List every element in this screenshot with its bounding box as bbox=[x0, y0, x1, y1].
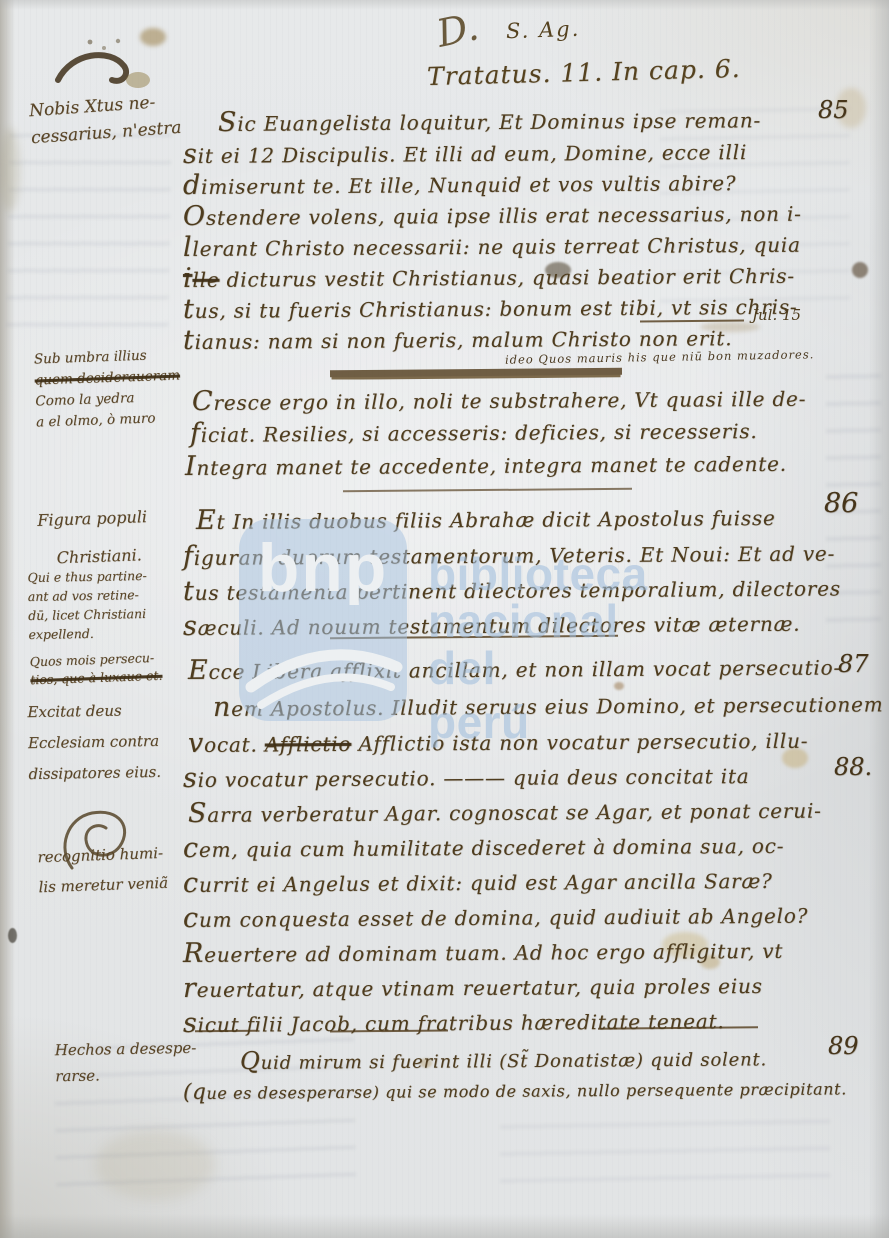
line-text: Sic Euangelista loquitur, Et Dominus ips… bbox=[218, 108, 761, 136]
margin-note-line: rarse. bbox=[55, 1061, 197, 1089]
margin-note: Quos mois persecu- tios, que à luxaue et… bbox=[29, 649, 162, 690]
stain bbox=[95, 1130, 215, 1200]
bleedthrough-ghost bbox=[500, 1110, 830, 1200]
line-text: currit ei Angelus et dixit: quid est Aga… bbox=[183, 869, 773, 897]
line-text: nem Apostolus. Illudit seruus eius Domin… bbox=[213, 692, 884, 721]
margin-note-line: expellend. bbox=[28, 623, 148, 644]
line-text: Sarra verberatur Agar. cognoscat se Agar… bbox=[188, 799, 822, 827]
page-edge-top bbox=[0, 0, 889, 10]
manuscript-line: cum conquesta esset de domina, quid audi… bbox=[183, 899, 808, 934]
margin-note: Qui e thus partine- ant ad vos retine- d… bbox=[27, 566, 148, 644]
manuscript-line: Integra manet te accedente, integra mane… bbox=[185, 447, 787, 482]
line-text: sit ei 12 Discipulis. Et illi ad eum, Do… bbox=[183, 140, 747, 168]
page-edge-bottom bbox=[0, 1214, 889, 1238]
margin-note-line: lis meretur veniã bbox=[38, 868, 169, 903]
margin-note-line: Qui e thus partine- bbox=[27, 566, 147, 587]
line-text: dimiserunt te. Et ille, Nunquid et vos v… bbox=[183, 171, 737, 199]
margin-note-line: ant ad vos retine- bbox=[28, 585, 148, 606]
bleedthrough-ghost bbox=[6, 119, 172, 347]
line-text: Ecce Libera afflixit ancillam, et non il… bbox=[188, 655, 841, 684]
manuscript-line: Sic Euangelista loquitur, Et Dominus ips… bbox=[218, 103, 761, 138]
page-title: Tratatus. 11. In cap. 6. bbox=[427, 54, 741, 91]
manuscript-line: (que es desesperarse) qui se modo de sax… bbox=[183, 1075, 847, 1105]
manuscript-line: Cresce ergo in illo, noli te substrahere… bbox=[192, 382, 806, 417]
line-text: ficiat. Resilies, si accesseris: deficie… bbox=[190, 419, 758, 447]
manuscript-line: nem Apostolus. Illudit seruus eius Domin… bbox=[213, 687, 884, 723]
citation-reference: Jul. 15 bbox=[752, 306, 801, 324]
struck-word: Afflictio bbox=[265, 732, 352, 757]
line-text: sio vocatur persecutio. ——— quia deus co… bbox=[183, 764, 750, 792]
line-text: Afflictio ista non vocatur persecutio, i… bbox=[351, 729, 808, 756]
line-text: Cresce ergo in illo, noli te substrahere… bbox=[192, 387, 806, 415]
manuscript-line: Ostendere volens, quia ipse illis erat n… bbox=[183, 197, 802, 232]
manuscript-line: cem, quia cum humilitate discederet à do… bbox=[183, 829, 784, 864]
manuscript-line: sicut filii Jacob, cum fratribus hæredit… bbox=[183, 1004, 725, 1039]
manuscript-line: llerant Christo necessarii: ne quis terr… bbox=[183, 228, 801, 263]
manuscript-line: Ecce Libera afflixit ancillam, et non il… bbox=[188, 650, 841, 686]
margin-note-line: Excitat deus bbox=[27, 695, 160, 728]
section-number: 86 bbox=[824, 488, 858, 519]
section-number: 89 bbox=[828, 1032, 859, 1060]
margin-note-line: dū, licet Christiani bbox=[28, 604, 148, 625]
manuscript-line: vocat. Afflictio Afflictio ista non voca… bbox=[188, 724, 808, 759]
line-text: sæculi. Ad nouum testamentum dilectores … bbox=[183, 612, 801, 640]
line-text: tus testamenta pertinent dilectores temp… bbox=[183, 576, 841, 605]
manuscript-line: tus, si tu fueris Christianus: bonum est… bbox=[183, 290, 798, 325]
section-number: 85 bbox=[818, 96, 849, 124]
line-text: figuram duorum testamentorum, Veteris. E… bbox=[183, 541, 835, 570]
manuscript-line: figuram duorum testamentorum, Veteris. E… bbox=[183, 536, 835, 572]
margin-note-line: recognitio humi- bbox=[37, 838, 168, 873]
margin-note-line: a el olmo, ò muro bbox=[36, 407, 182, 433]
ink-rule bbox=[343, 488, 632, 492]
ink-smudge bbox=[52, 36, 182, 96]
line-text: tus, si tu fueris Christianus: bonum est… bbox=[183, 295, 798, 323]
line-text: Ostendere volens, quia ipse illis erat n… bbox=[183, 202, 802, 230]
manuscript-line: ille dicturus vestit Christianus, quasi … bbox=[183, 259, 795, 294]
manuscript-line: currit ei Angelus et dixit: quid est Aga… bbox=[183, 864, 773, 899]
struck-word: ille bbox=[183, 268, 220, 292]
manuscript-line: Sarra verberatur Agar. cognoscat se Agar… bbox=[188, 794, 822, 829]
manuscript-line: sit ei 12 Discipulis. Et illi ad eum, Do… bbox=[183, 135, 747, 170]
margin-note: Sub umbra illius quem desideraueram Como… bbox=[34, 344, 182, 433]
manuscript-line: sæculi. Ad nouum testamentum dilectores … bbox=[183, 607, 801, 642]
stain bbox=[852, 262, 868, 278]
section-number: 87 bbox=[838, 650, 869, 678]
line-text: (que es desesperarse) qui se modo de sax… bbox=[183, 1079, 847, 1103]
manuscript-page: D. S. Ag. Tratatus. 11. In cap. 6. Nobis… bbox=[0, 0, 889, 1238]
line-text: Quid mirum si fuerint illi (St̃ Donatist… bbox=[240, 1049, 767, 1074]
page-heading: S. Ag. bbox=[506, 17, 581, 44]
line-text: Integra manet te accedente, integra mane… bbox=[185, 452, 787, 480]
line-text: Et In illis duobus filiis Abrahæ dicit A… bbox=[196, 506, 776, 534]
line-text: vocat. bbox=[188, 732, 265, 757]
header-flourish: D. bbox=[433, 4, 482, 56]
manuscript-line: dimiserunt te. Et ille, Nunquid et vos v… bbox=[183, 166, 737, 201]
margin-note: Nobis Xtus ne- cessarius, n'estra bbox=[28, 88, 182, 152]
line-text: reuertatur, atque vtinam reuertatur, qui… bbox=[183, 974, 763, 1002]
line-text: sicut filii Jacob, cum fratribus hæredit… bbox=[183, 1009, 725, 1037]
manuscript-line: ficiat. Resilies, si accesseris: deficie… bbox=[190, 414, 758, 449]
margin-note-line: Ecclesiam contra bbox=[28, 726, 161, 759]
section-number: 88. bbox=[834, 753, 872, 781]
line-text: cum conquesta esset de domina, quid audi… bbox=[183, 904, 808, 932]
manuscript-line: Quid mirum si fuerint illi (St̃ Donatist… bbox=[240, 1042, 767, 1075]
manuscript-line: sio vocatur persecutio. ——— quia deus co… bbox=[183, 759, 750, 794]
line-text: llerant Christo necessarii: ne quis terr… bbox=[183, 233, 801, 261]
manuscript-line: Et In illis duobus filiis Abrahæ dicit A… bbox=[196, 501, 776, 536]
manuscript-line: reuertatur, atque vtinam reuertatur, qui… bbox=[183, 969, 763, 1004]
margin-note: Hechos a desespe- rarse. bbox=[55, 1035, 197, 1089]
ink-rule bbox=[330, 368, 622, 377]
margin-note: Excitat deus Ecclesiam contra dissipator… bbox=[27, 695, 161, 790]
line-text: Reuertere ad dominam tuam. Ad hoc ergo a… bbox=[183, 939, 783, 967]
margin-note-line: Figura populi bbox=[37, 498, 148, 540]
manuscript-line: Reuertere ad dominam tuam. Ad hoc ergo a… bbox=[183, 934, 783, 969]
stain bbox=[8, 928, 17, 943]
margin-note: recognitio humi- lis meretur veniã bbox=[37, 838, 169, 902]
margin-note-line: Hechos a desespe- bbox=[55, 1035, 197, 1063]
manuscript-line: tus testamenta pertinent dilectores temp… bbox=[183, 571, 841, 607]
margin-note-line: dissipatores eius. bbox=[28, 757, 161, 790]
line-text: dicturus vestit Christianus, quasi beati… bbox=[219, 264, 795, 292]
margin-note-line: tios, que à luxaue et. bbox=[30, 667, 163, 690]
stain bbox=[0, 128, 20, 212]
line-text: cem, quia cum humilitate discederet à do… bbox=[183, 834, 784, 862]
